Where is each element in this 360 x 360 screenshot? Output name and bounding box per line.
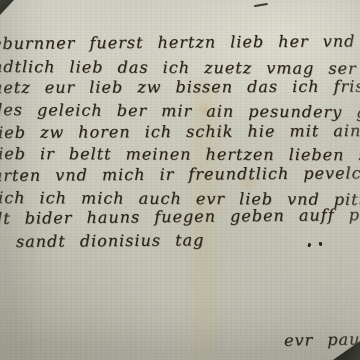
manuscript-line: uetz eur lieb zw bissen das ich frist vn… (0, 75, 360, 99)
manuscript-text: eburnner fuerst hertzn lieb her vnd gema… (0, 33, 360, 253)
manuscript-line: eburnner fuerst hertzn lieb her vnd gema… (0, 30, 360, 55)
manuscript-line: urten vnd mich ir freundtlich pevelchen … (0, 162, 360, 187)
ink-dash-mark (254, 3, 268, 7)
manuscript-line: sandt dionisius tag (16, 227, 360, 253)
manuscript-line: lieb zw horen ich schik hie mit ain prie… (0, 119, 360, 144)
photo-corner-bottom-right (333, 341, 360, 360)
photo-corner-top-left (0, 0, 14, 15)
manuscript-photo: eburnner fuerst hertzn lieb her vnd gema… (0, 0, 360, 360)
manuscript-line: dt bider hauns fuegen geben auff pruck a… (0, 203, 360, 230)
